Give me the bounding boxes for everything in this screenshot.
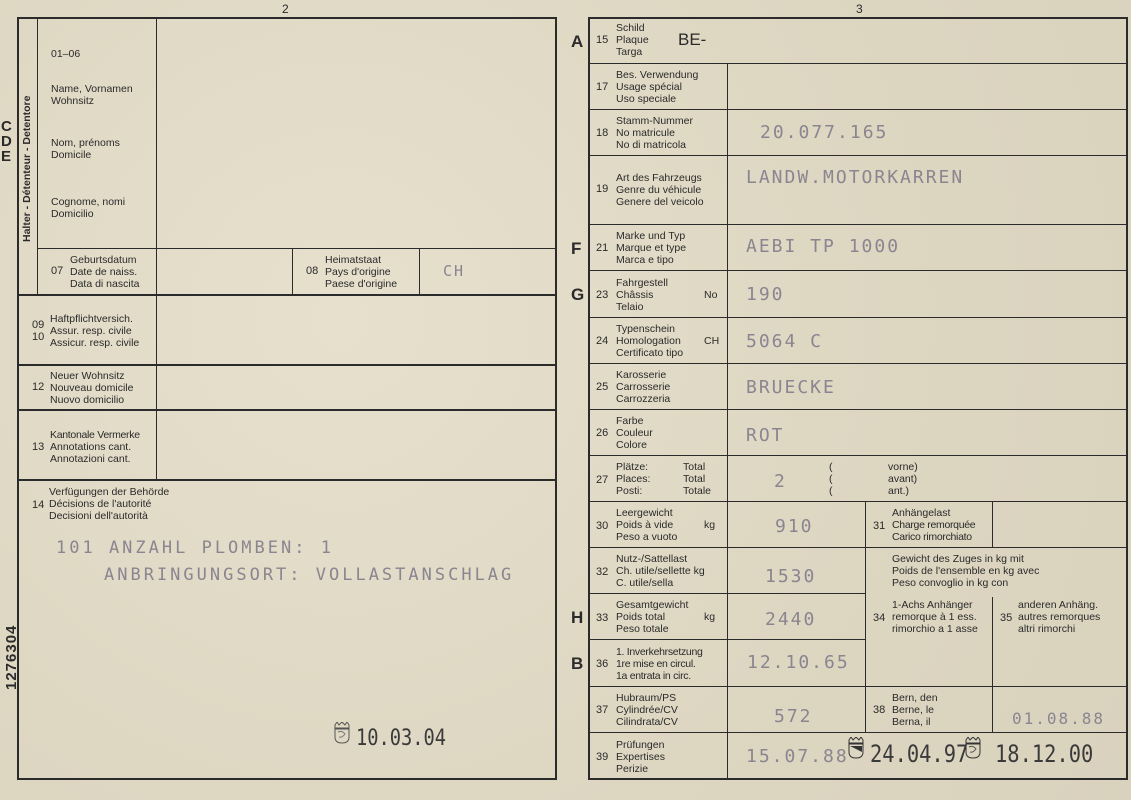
row07-divider-a <box>292 248 293 295</box>
inspection-date-1: 15.07.88 <box>746 746 849 767</box>
divider-r30 <box>588 501 1128 502</box>
right-border-right <box>1126 17 1128 780</box>
holder-name-field[interactable] <box>158 19 554 247</box>
label-body-fr: Carrosserie <box>616 381 670 393</box>
label-chassis-fr: Châssis <box>616 289 653 301</box>
label-decisions-it: Decisioni dell'autorità <box>49 510 148 522</box>
label-vehicle-type-de: Art des Fahrzeugs <box>616 172 702 184</box>
body-type-value[interactable]: BRUECKE <box>746 377 836 398</box>
row-21-number: 21 <box>596 242 608 254</box>
row-35-number: 35 <box>1000 612 1012 624</box>
label-insurance-de: Haftpflichtversich. <box>50 313 133 325</box>
page-number-right: 3 <box>856 2 863 16</box>
label-towing-load-de: Anhängelast <box>892 507 950 519</box>
label-usage-fr: Usage spécial <box>616 81 682 93</box>
row-divider-09 <box>17 294 557 296</box>
right-label-divider <box>727 63 728 779</box>
row-32-number: 32 <box>596 566 608 578</box>
row-23-number: 23 <box>596 289 608 301</box>
serial-number: 1276304 <box>3 625 20 690</box>
label-plate-de: Schild <box>616 22 645 34</box>
label-empty-weight-it: Peso a vuoto <box>616 531 677 543</box>
row-09-number: 09 <box>32 319 44 331</box>
label-name-it: Cognome, nomi <box>51 196 125 208</box>
row-31-number: 31 <box>873 520 885 532</box>
plate-canton-prefix: BE- <box>678 30 706 50</box>
label-total-de: Total <box>683 461 705 473</box>
decision-entry-1: 101 ANZAHL PLOMBEN: 1 <box>56 538 334 558</box>
label-residence-fr: Domicile <box>51 149 91 161</box>
birthdate-field[interactable] <box>158 250 291 294</box>
decision-entry-2: ANBRINGUNGSORT: VOLLASTANSCHLAG <box>104 565 514 585</box>
special-usage-field[interactable] <box>729 65 1125 108</box>
insurance-field[interactable] <box>158 297 554 363</box>
other-trailers-field[interactable] <box>994 640 1125 685</box>
divider-r37 <box>588 686 1128 687</box>
label-homologation-de: Typenschein <box>616 323 675 335</box>
holder-strip-divider <box>37 17 38 295</box>
label-insurance-it: Assicur. resp. civile <box>50 337 139 349</box>
inspection-date-2: 24.04.97 <box>870 740 968 768</box>
label-origin-de: Heimatstaat <box>325 254 381 266</box>
label-residence-de: Wohnsitz <box>51 95 94 107</box>
label-matriculation-it: No di matricola <box>616 139 686 151</box>
issue-date-value[interactable]: 01.08.88 <box>1012 709 1105 728</box>
inspection-date-3: 18.12.00 <box>995 740 1093 768</box>
label-inspections-de: Prüfungen <box>616 739 664 751</box>
label-payload-fr: Ch. utile/sellette kg <box>616 565 705 577</box>
right-border-top <box>588 17 1128 19</box>
label-birthdate-fr: Date de naiss. <box>70 266 137 278</box>
label-total-weight-fr: Poids total <box>616 611 665 623</box>
side-letter-g: G <box>571 285 584 305</box>
divider-r17 <box>588 63 1128 64</box>
towing-load-field[interactable] <box>994 503 1125 546</box>
holder-strip-label: Halter - Détenteur - Detentore <box>21 96 33 242</box>
label-issued-fr: Berne, le <box>892 704 934 716</box>
row-divider-13 <box>17 409 557 411</box>
label-empty-weight-fr: Poids à vide <box>616 519 673 531</box>
row-27-number: 27 <box>596 474 608 486</box>
divider-r24 <box>588 317 1128 318</box>
side-letter-c: C <box>1 120 12 134</box>
label-residence-it: Domicilio <box>51 208 94 220</box>
row-37-number: 37 <box>596 704 608 716</box>
divider-r35 <box>992 597 993 733</box>
label-single-axle-it: rimorchio a 1 asse <box>892 623 978 635</box>
label-decisions-de: Verfügungen der Behörde <box>49 486 169 498</box>
divider-r31 <box>992 501 993 548</box>
right-border-bottom <box>588 778 1128 780</box>
label-usage-it: Uso speciale <box>616 93 676 105</box>
label-front-fr: avant) <box>888 473 917 485</box>
label-color-it: Colore <box>616 439 647 451</box>
payload-value[interactable]: 1530 <box>765 566 816 587</box>
total-weight-value[interactable]: 2440 <box>765 609 816 630</box>
row-25-number: 25 <box>596 381 608 393</box>
label-inspections-it: Perizie <box>616 763 648 775</box>
side-letter-h: H <box>571 608 583 628</box>
seats-total-value[interactable]: 2 <box>774 471 787 492</box>
label-cantonal-de: Kantonale Vermerke <box>50 429 140 441</box>
label-displacement-it: Cilindrata/CV <box>616 716 678 728</box>
divider-r19 <box>588 155 1128 156</box>
label-plate-it: Targa <box>616 46 642 58</box>
label-origin-it: Paese d'origine <box>325 278 397 290</box>
divider-r32 <box>588 547 1128 548</box>
row-19-number: 19 <box>596 183 608 195</box>
row-34-number: 34 <box>873 612 885 624</box>
paren-1: ( <box>829 461 833 473</box>
row-30-number: 30 <box>596 520 608 532</box>
table-border-right <box>555 17 557 780</box>
homologation-ch-label: CH <box>704 335 719 347</box>
label-front-it: ant.) <box>888 485 909 497</box>
divider-r26 <box>588 409 1128 410</box>
table-border-bottom <box>17 778 557 780</box>
row-17-number: 17 <box>596 81 608 93</box>
label-displacement-de: Hubraum/PS <box>616 692 676 704</box>
label-train-weight-fr: Poids de l'ensemble en kg avec <box>892 565 1039 577</box>
displacement-value[interactable]: 572 <box>774 706 813 727</box>
label-decisions-fr: Décisions de l'autorité <box>49 498 151 510</box>
label-usage-de: Bes. Verwendung <box>616 69 698 81</box>
label-chassis-de: Fahrgestell <box>616 277 668 289</box>
bern-crest-icon <box>334 722 350 744</box>
label-make-fr: Marque et type <box>616 242 686 254</box>
page-number-left: 2 <box>282 2 289 16</box>
label-cantonal-it: Annotazioni cant. <box>50 453 131 465</box>
row-38-number: 38 <box>873 704 885 716</box>
divider-r18 <box>588 109 1128 110</box>
label-payload-it: C. utile/sella <box>616 577 673 589</box>
label-total-weight-de: Gesamtgewicht <box>616 599 688 611</box>
label-homologation-fr: Homologation <box>616 335 681 347</box>
divider-r21 <box>588 224 1128 225</box>
label-other-trailers-it: altri rimorchi <box>1018 623 1075 635</box>
row-12-number: 12 <box>32 381 44 393</box>
label-plate-fr: Plaque <box>616 34 649 46</box>
label-train-weight-it: Peso convoglio in kg con <box>892 577 1008 589</box>
paren-2: ( <box>829 473 833 485</box>
first-registration-value[interactable]: 12.10.65 <box>747 652 850 673</box>
label-other-trailers-de: anderen Anhäng. <box>1018 599 1098 611</box>
label-total-it: Totale <box>683 485 711 497</box>
row-07-number: 07 <box>51 265 63 277</box>
label-seats-de: Plätze: <box>616 461 648 473</box>
label-total-weight-it: Peso totale <box>616 623 669 635</box>
row-15-number: 15 <box>596 34 608 46</box>
bern-crest-icon <box>965 737 981 759</box>
label-birthdate-de: Geburtsdatum <box>70 254 137 266</box>
label-first-registration-fr: 1re mise en circul. <box>616 658 696 670</box>
label-name-de: Name, Vornamen <box>51 83 133 95</box>
make-model-value[interactable]: AEBI TP 1000 <box>746 236 900 257</box>
label-matriculation-fr: No matricule <box>616 127 675 139</box>
divider-r27 <box>588 455 1128 456</box>
homologation-value[interactable]: 5064 C <box>746 331 823 352</box>
side-letter-f: F <box>571 239 581 259</box>
label-single-axle-de: 1-Achs Anhänger <box>892 599 973 611</box>
label-body-it: Carrozzeria <box>616 393 670 405</box>
label-new-residence-de: Neuer Wohnsitz <box>50 370 125 382</box>
row-10-number: 10 <box>32 331 44 343</box>
decision-stamp-date: 10.03.04 <box>356 726 446 751</box>
label-birthdate-it: Data di nascita <box>70 278 139 290</box>
empty-weight-value[interactable]: 910 <box>775 516 814 537</box>
bern-crest-icon <box>848 737 864 759</box>
label-payload-de: Nutz-/Sattellast <box>616 553 687 565</box>
chassis-number-value[interactable]: 190 <box>746 284 785 305</box>
label-inspections-fr: Expertises <box>616 751 665 763</box>
label-empty-weight-de: Leergewicht <box>616 507 673 519</box>
row-36-number: 36 <box>596 658 608 670</box>
label-vehicle-type-it: Genere del veicolo <box>616 196 704 208</box>
row-24-number: 24 <box>596 335 608 347</box>
divider-mid <box>865 501 866 733</box>
row07-divider-b <box>419 248 420 295</box>
label-make-de: Marke und Typ <box>616 230 685 242</box>
new-residence-field[interactable] <box>158 367 554 408</box>
label-insurance-fr: Assur. resp. civile <box>50 325 132 337</box>
cantonal-annotations-field[interactable] <box>158 412 554 478</box>
row-08-number: 08 <box>306 265 318 277</box>
row-divider-07 <box>37 248 557 249</box>
label-make-it: Marca e tipo <box>616 254 674 266</box>
row-divider-14 <box>17 479 557 481</box>
row-18-number: 18 <box>596 127 608 139</box>
plate-number-field[interactable] <box>720 20 1120 60</box>
row-33-number: 33 <box>596 612 608 624</box>
divider-r23 <box>588 270 1128 271</box>
label-body-de: Karosserie <box>616 369 666 381</box>
label-displacement-fr: Cylindrée/CV <box>616 704 678 716</box>
matriculation-number-value[interactable]: 20.077.165 <box>760 122 888 143</box>
label-homologation-it: Certificato tipo <box>616 347 683 359</box>
label-vehicle-type-fr: Genre du véhicule <box>616 184 701 196</box>
chassis-no-label: No <box>704 289 717 301</box>
paren-3: ( <box>829 485 833 497</box>
row-26-number: 26 <box>596 427 608 439</box>
divider-r36 <box>588 639 866 640</box>
label-chassis-it: Telaio <box>616 301 643 313</box>
divider-r33 <box>588 593 866 594</box>
label-train-weight-de: Gewicht des Zuges in kg mit <box>892 553 1024 565</box>
label-matriculation-de: Stamm-Nummer <box>616 115 693 127</box>
label-seats-it: Posti: <box>616 485 642 497</box>
label-towing-load-it: Carico rimorchiato <box>892 531 972 543</box>
label-origin-fr: Pays d'origine <box>325 266 391 278</box>
side-letter-a: A <box>571 32 583 52</box>
color-value[interactable]: ROT <box>746 425 785 446</box>
origin-country-value[interactable]: CH <box>443 262 465 280</box>
label-new-residence-fr: Nouveau domicile <box>50 382 133 394</box>
label-total-fr: Total <box>683 473 705 485</box>
row-01-06-number: 01–06 <box>51 48 80 60</box>
label-issued-de: Bern, den <box>892 692 938 704</box>
label-first-registration-it: 1a entrata in circ. <box>616 670 691 682</box>
label-single-axle-fr: remorque à 1 ess. <box>892 611 977 623</box>
divider-r39 <box>588 732 1128 733</box>
label-first-registration-de: 1. Inverkehrsetzung <box>616 646 703 658</box>
label-name-fr: Nom, prénoms <box>51 137 120 149</box>
label-other-trailers-fr: autres remorques <box>1018 611 1100 623</box>
label-issued-it: Berna, il <box>892 716 931 728</box>
row-13-number: 13 <box>32 441 44 453</box>
unit-kg-30: kg <box>704 519 715 531</box>
label-front-de: vorne) <box>888 461 918 473</box>
label-seats-fr: Places: <box>616 473 650 485</box>
row-divider-12 <box>17 364 557 366</box>
row-39-number: 39 <box>596 751 608 763</box>
label-towing-load-fr: Charge remorquée <box>892 519 975 531</box>
side-letter-b: B <box>571 654 583 674</box>
right-border-left <box>588 17 590 780</box>
label-cantonal-fr: Annotations cant. <box>50 441 131 453</box>
label-new-residence-it: Nuovo domicilio <box>50 394 124 406</box>
single-axle-trailer-field[interactable] <box>867 640 991 685</box>
label-color-de: Farbe <box>616 415 643 427</box>
unit-kg-33: kg <box>704 611 715 623</box>
label-color-fr: Couleur <box>616 427 653 439</box>
side-letter-e: E <box>1 150 11 164</box>
row-14-number: 14 <box>32 499 44 511</box>
vehicle-type-value[interactable]: LANDW.MOTORKARREN <box>746 167 964 188</box>
side-letter-d: D <box>1 135 12 149</box>
divider-r25 <box>588 363 1128 364</box>
